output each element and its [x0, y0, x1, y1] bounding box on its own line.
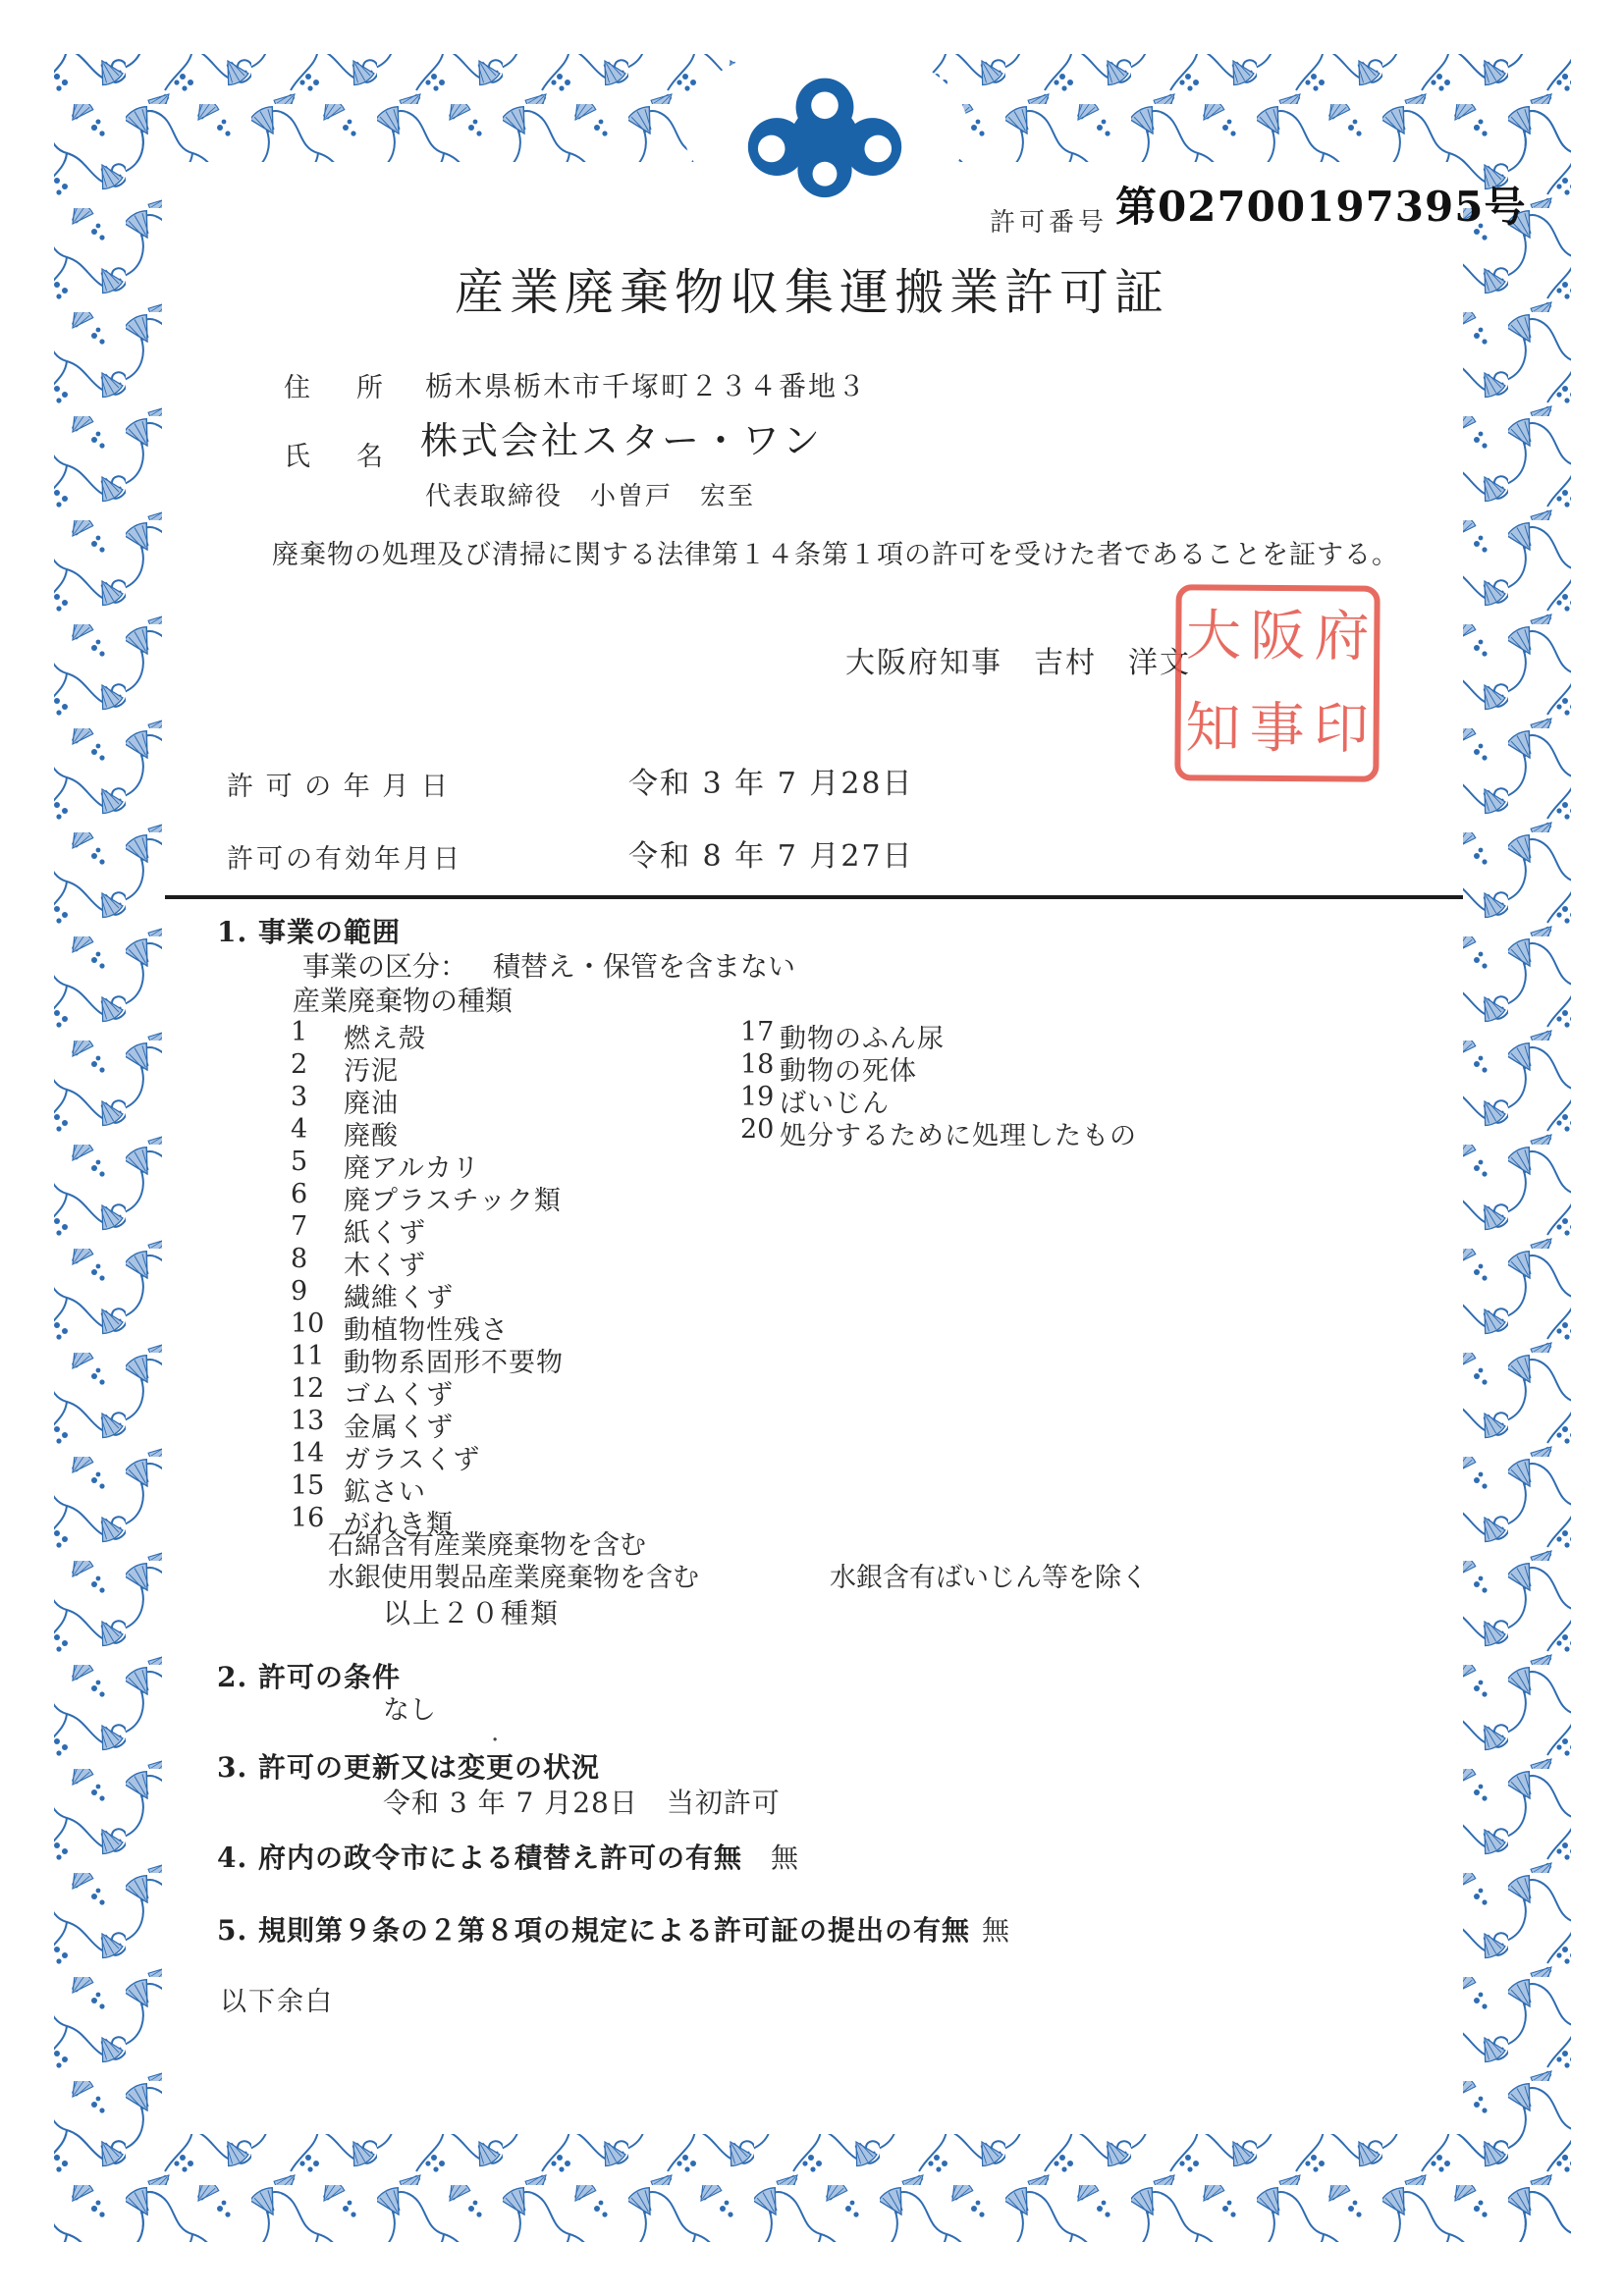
- waste-item-number: 2: [291, 1049, 344, 1080]
- waste-item-number: 4: [291, 1114, 344, 1145]
- waste-item-number: 15: [291, 1470, 344, 1501]
- seal-char: 大: [1181, 590, 1246, 682]
- representative-name: 代表取締役 小曽戸 宏至: [425, 482, 755, 512]
- waste-item: 19ばいじん: [740, 1082, 1137, 1114]
- business-category-value: 積替え・保管を含まない: [493, 950, 795, 983]
- seal-char: 知: [1180, 682, 1245, 774]
- waste-item: 11動物系固形不要物: [291, 1341, 564, 1373]
- waste-list-left-column: 1燃え殻 2汚泥 3廃油 4廃酸 5廃アルカリ 6廃プラスチック類 7紙くず 8…: [291, 1017, 564, 1535]
- waste-item-number: 10: [291, 1308, 344, 1339]
- waste-item-number: 1: [291, 1017, 344, 1047]
- waste-types-heading: 産業廃棄物の種類: [293, 985, 513, 1018]
- waste-item: 3廃油: [291, 1082, 564, 1114]
- waste-item-number: 19: [740, 1082, 780, 1112]
- business-category-line: 事業の区分：積替え・保管を含まない: [302, 950, 795, 984]
- business-category-label: 事業の区分：: [302, 950, 467, 983]
- waste-item-number: 8: [291, 1244, 344, 1274]
- waste-item: 9繊維くず: [291, 1276, 564, 1308]
- address-label: 住 所: [284, 373, 393, 404]
- waste-list-right-column: 17動物のふん尿 18動物の死体 19ばいじん 20処分するために処理したもの: [740, 1017, 1137, 1147]
- address-value: 栃木県栃木市千塚町２３４番地３: [425, 370, 867, 403]
- waste-item: 8木くず: [291, 1244, 564, 1276]
- seal-char: 事: [1245, 683, 1310, 775]
- waste-item-number: 6: [291, 1179, 344, 1209]
- waste-item-number: 7: [291, 1211, 344, 1242]
- issue-date-label: 許 可 の 年 月 日: [227, 772, 450, 803]
- horizontal-divider: [165, 895, 1463, 899]
- waste-item-number: 11: [291, 1341, 344, 1371]
- section5-heading: 5. 規則第９条の２第８項の規定による許可証の提出の有無: [217, 1914, 970, 1948]
- waste-item-number: 17: [740, 1017, 780, 1047]
- seal-char: 印: [1309, 683, 1374, 775]
- certification-statement: 廃棄物の処理及び清掃に関する法律第１４条第１項の許可を受けた者であることを証する…: [272, 540, 1399, 571]
- section2-value: なし: [383, 1695, 436, 1727]
- valid-date-value: 令和 8 年 7 月27日: [628, 839, 914, 875]
- certificate-page: 許可番号 第02700197395号 産業廃棄物収集運搬業許可証 住 所 栃木県…: [0, 0, 1624, 2296]
- section3-value: 令和 3 年 7 月28日 当初許可: [383, 1787, 781, 1820]
- waste-item: 17動物のふん尿: [740, 1017, 1137, 1049]
- waste-item-number: 14: [291, 1438, 344, 1468]
- waste-item: 2汚泥: [291, 1049, 564, 1082]
- governor-seal: 大 阪 府 知 事 印: [1174, 584, 1380, 781]
- governor-signature: 大阪府知事 吉村 洋文: [845, 646, 1191, 681]
- section5-value: 無: [982, 1914, 1009, 1948]
- asbestos-note: 石綿含有産業廃棄物を含む: [328, 1530, 646, 1562]
- waste-item-number: 16: [291, 1503, 344, 1533]
- waste-item-number: 5: [291, 1147, 344, 1177]
- mercury-note: 水銀使用製品産業廃棄物を含む: [328, 1563, 699, 1594]
- waste-item-number: 3: [291, 1082, 344, 1112]
- waste-item: 4廃酸: [291, 1114, 564, 1147]
- document-title: 産業廃棄物収集運搬業許可証: [196, 263, 1428, 322]
- waste-item: 20処分するために処理したもの: [740, 1114, 1137, 1147]
- waste-item-number: 13: [291, 1406, 344, 1436]
- section1-heading: 1. 事業の範囲: [217, 916, 401, 949]
- waste-item: 10動植物性残さ: [291, 1308, 564, 1341]
- waste-item-number: 9: [291, 1276, 344, 1307]
- company-name: 株式会社スター・ワン: [420, 419, 823, 464]
- waste-types-total: 以上２０種類: [383, 1597, 560, 1630]
- mercury-exception-note: 水銀含有ばいじん等を除く: [830, 1563, 1148, 1594]
- section2-heading: 2. 許可の条件: [217, 1661, 401, 1694]
- name-label: 氏 名: [284, 442, 393, 473]
- issue-date-value: 令和 3 年 7 月28日: [628, 767, 914, 802]
- waste-item: 1燃え殻: [291, 1017, 564, 1049]
- osaka-prefecture-emblem: [748, 79, 901, 197]
- permit-number-label: 許可番号: [990, 208, 1108, 239]
- seal-char: 阪: [1245, 591, 1310, 683]
- section4-value: 無: [771, 1842, 798, 1875]
- waste-item-number: 18: [740, 1049, 780, 1080]
- waste-item: 14ガラスくず: [291, 1438, 564, 1470]
- waste-item: 5廃アルカリ: [291, 1147, 564, 1179]
- stray-dot: .: [491, 1718, 499, 1748]
- waste-item: 6廃プラスチック類: [291, 1179, 564, 1211]
- remainder-blank-note: 以下余白: [220, 1987, 334, 2018]
- permit-number: 第02700197395号: [1115, 183, 1526, 232]
- seal-char: 府: [1310, 591, 1375, 683]
- waste-item-number: 12: [291, 1373, 344, 1404]
- section3-heading: 3. 許可の更新又は変更の状況: [217, 1751, 600, 1785]
- waste-item: 13金属くず: [291, 1406, 564, 1438]
- waste-item-number: 20: [740, 1114, 780, 1145]
- section4-heading: 4. 府内の政令市による積替え許可の有無: [217, 1842, 742, 1875]
- waste-item-label: 処分するために処理したもの: [780, 1114, 1137, 1152]
- valid-date-label: 許可の有効年月日: [227, 844, 462, 876]
